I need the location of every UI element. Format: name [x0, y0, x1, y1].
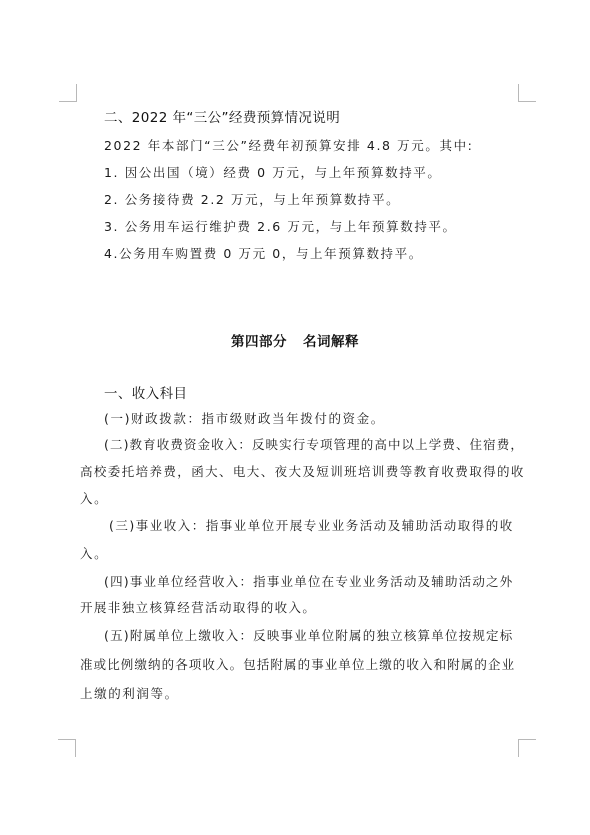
definition-subsidiary-income-line-1: (五)附属单位上缴收入：反映事业单位附属的独立核算单位按规定标 — [104, 628, 513, 644]
sangong-item-3: 3. 公务用车运行维护费 2.6 万元，与上年预算数持平。 — [104, 219, 457, 235]
definition-subsidiary-income-line-3: 上缴的利润等。 — [80, 686, 179, 702]
definition-education-fee-line-1: (二)教育收费资金收入：反映实行专项管理的高中以上学费、住宿费， — [104, 437, 524, 453]
document-page: 二、2022 年“三公”经费预算情况说明 2022 年本部门“三公”经费年初预算… — [0, 0, 590, 835]
margin-corner-top-right — [518, 84, 536, 102]
definition-business-income-line-2: 入。 — [80, 546, 108, 562]
sangong-item-1: 1. 因公出国（境）经费 0 万元，与上年预算数持平。 — [104, 165, 442, 181]
definition-business-income-line-1: (三)事业收入：指事业单位开展专业业务活动及辅助活动取得的收 — [109, 518, 514, 534]
margin-corner-bottom-left — [58, 739, 76, 757]
definition-fiscal-appropriation: (一)财政拨款：指市级财政当年拨付的资金。 — [104, 411, 385, 427]
definition-operating-income-line-2: 开展非独立核算经营活动取得的收入。 — [80, 600, 316, 616]
section-heading-sangong: 二、2022 年“三公”经费预算情况说明 — [104, 110, 340, 126]
sangong-item-4: 4.公务用车购置费 0 万元 0，与上年预算数持平。 — [104, 246, 423, 262]
part-four-title: 第四部分名词解释 — [0, 330, 590, 350]
definition-education-fee-line-2: 高校委托培养费，函大、电大、夜大及短训班培训费等教育收费取得的收 — [80, 464, 525, 480]
definition-education-fee-line-3: 入。 — [80, 491, 108, 507]
part-four-label: 第四部分 — [231, 334, 287, 350]
definition-subsidiary-income-line-2: 准或比例缴纳的各项收入。包括附属的事业单位上缴的收入和附属的企业 — [80, 657, 515, 673]
income-subjects-heading: 一、收入科目 — [104, 386, 187, 402]
margin-corner-bottom-right — [518, 739, 536, 757]
part-four-name: 名词解释 — [303, 334, 359, 350]
definition-operating-income-line-1: (四)事业单位经营收入：指事业单位在专业业务活动及辅助活动之外 — [104, 574, 513, 590]
sangong-item-2: 2. 公务接待费 2.2 万元，与上年预算数持平。 — [104, 192, 400, 208]
sangong-intro: 2022 年本部门“三公”经费年初预算安排 4.8 万元。其中: — [104, 138, 473, 154]
margin-corner-top-left — [59, 84, 77, 102]
